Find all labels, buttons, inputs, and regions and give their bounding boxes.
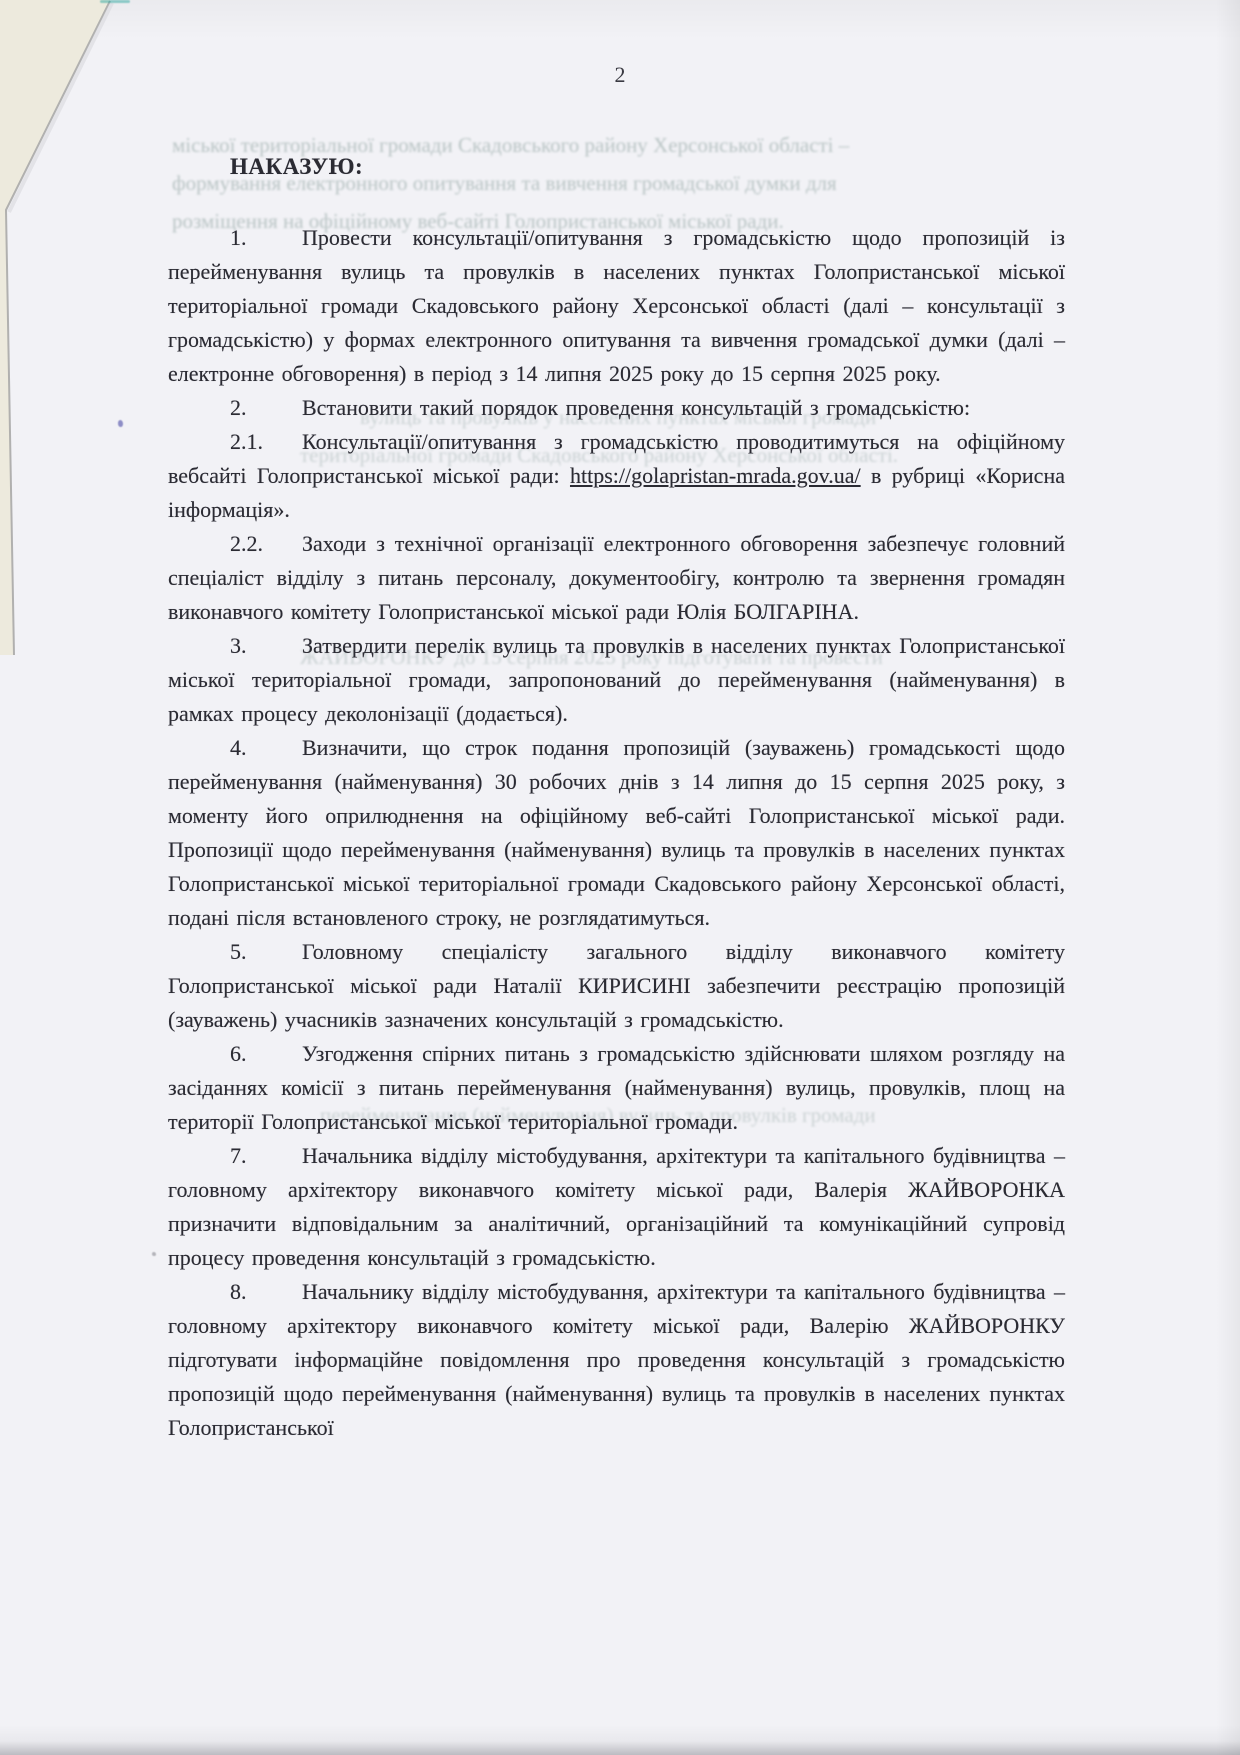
paragraph-text: Провести консультації/опитування з грома… xyxy=(168,225,1065,386)
paragraph-text: Начальника відділу містобудування, архіт… xyxy=(168,1143,1065,1270)
order-paragraph-6: 6.Узгодження спірних питань з громадські… xyxy=(168,1037,1065,1139)
paragraph-number: 1. xyxy=(230,221,302,255)
page-number: 2 xyxy=(0,62,1240,88)
order-heading: НАКАЗУЮ: xyxy=(230,150,1065,184)
scan-artifact xyxy=(100,0,130,3)
paragraph-number: 5. xyxy=(230,935,302,969)
order-paragraph-2-2: 2.2.Заходи з технічної організації елект… xyxy=(168,527,1065,629)
order-paragraph-7: 7.Начальника відділу містобудування, арх… xyxy=(168,1139,1065,1275)
paragraph-number: 6. xyxy=(230,1037,302,1071)
paragraph-text: Головному спеціалісту загального відділу… xyxy=(168,939,1065,1032)
paragraph-number: 7. xyxy=(230,1139,302,1173)
ink-speck xyxy=(152,1252,156,1256)
council-website-link[interactable]: https://golapristan-mrada.gov.ua/ xyxy=(570,463,861,488)
order-paragraph-4: 4.Визначити, що строк подання пропозицій… xyxy=(168,731,1065,935)
paragraph-text: Встановити такий порядок проведення конс… xyxy=(302,395,970,420)
paragraph-number: 2.2. xyxy=(230,527,302,561)
paragraph-number: 4. xyxy=(230,731,302,765)
paragraph-text: Визначити, що строк подання пропозицій (… xyxy=(168,735,1065,930)
page-corner-fold xyxy=(0,0,140,660)
order-paragraph-1: 1.Провести консультації/опитування з гро… xyxy=(168,221,1065,391)
paragraph-text: Затвердити перелік вулиць та провулків в… xyxy=(168,633,1065,726)
order-paragraph-8: 8.Начальнику відділу містобудування, арх… xyxy=(168,1275,1065,1445)
paragraph-number: 2. xyxy=(230,391,302,425)
scanned-page: міської територіальної громади Скадовськ… xyxy=(0,0,1240,1755)
order-paragraph-2: 2.Встановити такий порядок проведення ко… xyxy=(168,391,1065,425)
ink-speck xyxy=(118,420,123,427)
paragraph-number: 8. xyxy=(230,1275,302,1309)
paragraph-text: Заходи з технічної організації електронн… xyxy=(168,531,1065,624)
order-paragraph-2-1: 2.1.Консультації/опитування з громадські… xyxy=(168,425,1065,527)
paragraph-text: Узгодження спірних питань з громадськіст… xyxy=(168,1041,1065,1134)
order-text-block: НАКАЗУЮ: 1.Провести консультації/опитува… xyxy=(168,150,1065,1445)
order-paragraph-3: 3.Затвердити перелік вулиць та провулків… xyxy=(168,629,1065,731)
paragraph-text: Начальнику відділу містобудування, архіт… xyxy=(168,1279,1065,1440)
paragraph-number: 3. xyxy=(230,629,302,663)
paragraph-number: 2.1. xyxy=(230,425,302,459)
order-paragraph-5: 5.Головному спеціалісту загального відді… xyxy=(168,935,1065,1037)
